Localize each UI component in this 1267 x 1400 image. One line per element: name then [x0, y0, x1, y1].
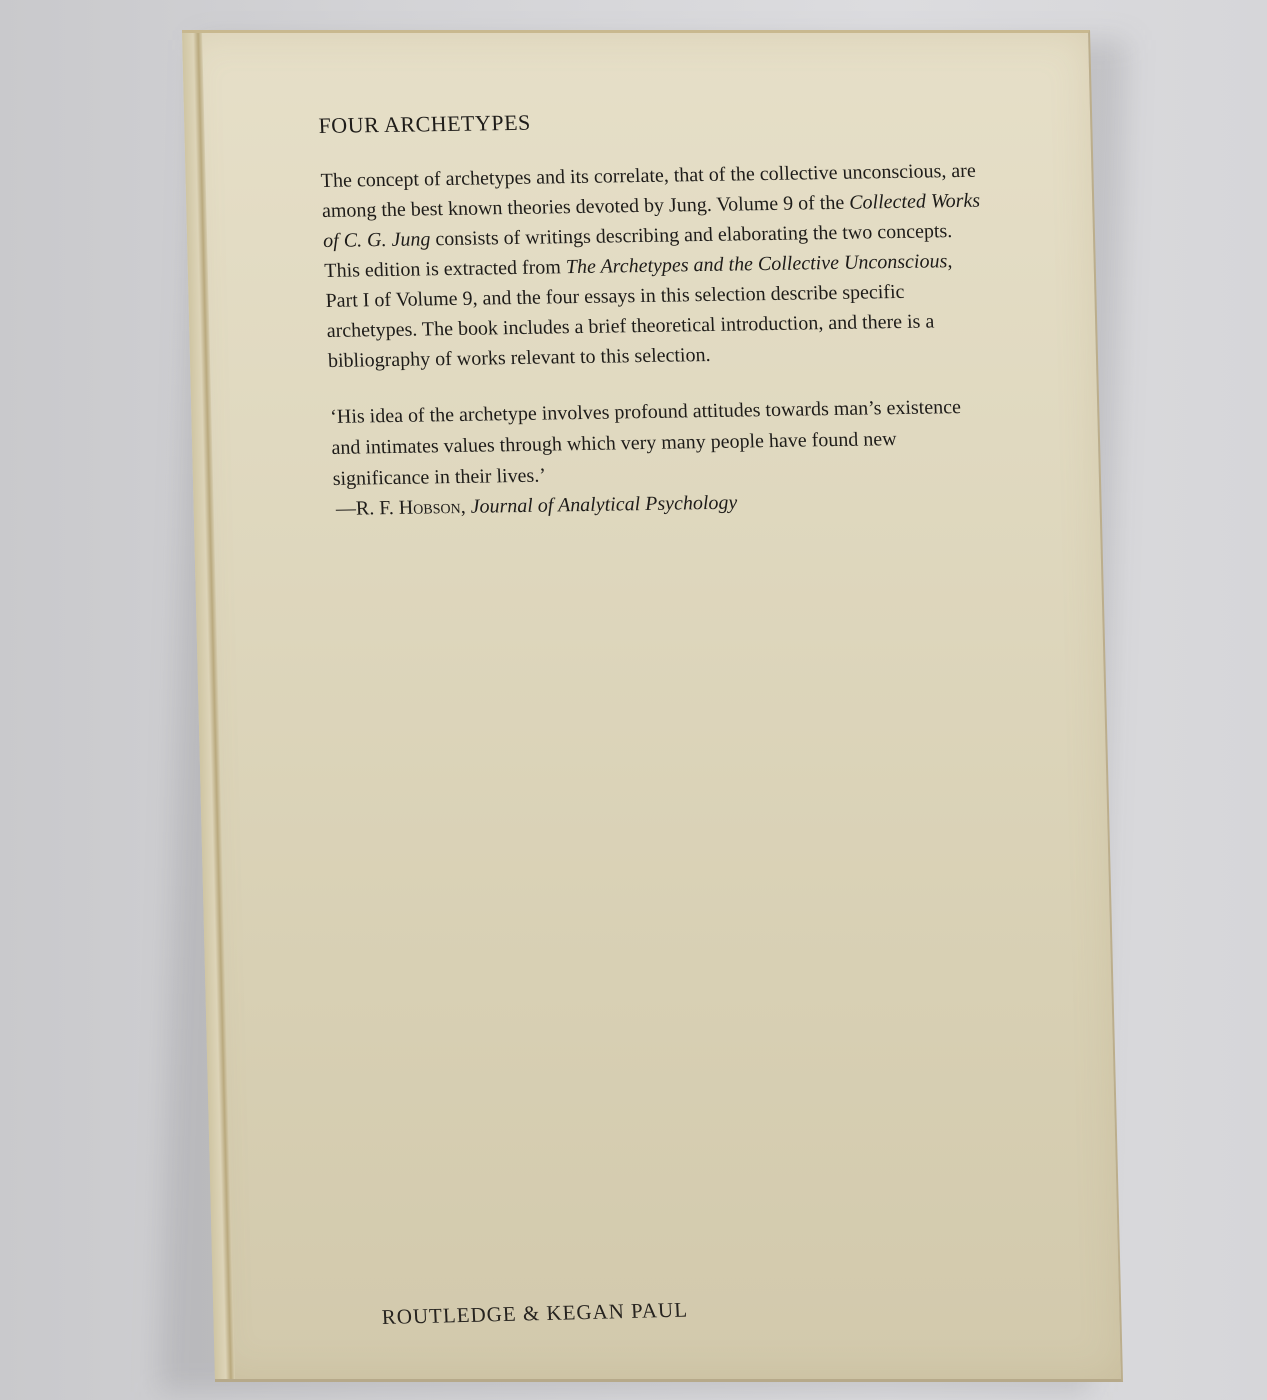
attribution-name: R. F. Hobson,: [355, 496, 466, 520]
book-title: FOUR ARCHETYPES: [318, 103, 979, 139]
attribution-source: Journal of Analytical Psychology: [470, 492, 738, 518]
description-paragraph: The concept of archetypes and its correl…: [320, 156, 988, 376]
cover-text-block: FOUR ARCHETYPES The concept of archetype…: [318, 103, 994, 523]
review-quote: ‘His idea of the archetype involves prof…: [330, 392, 993, 495]
description-italic-2: The Archetypes and the Collective Uncons…: [565, 250, 947, 278]
book-back-cover: FOUR ARCHETYPES The concept of archetype…: [182, 30, 1123, 1382]
attribution-dash: —: [335, 498, 356, 520]
publisher-name: ROUTLEDGE & KEGAN PAUL: [381, 1298, 688, 1330]
